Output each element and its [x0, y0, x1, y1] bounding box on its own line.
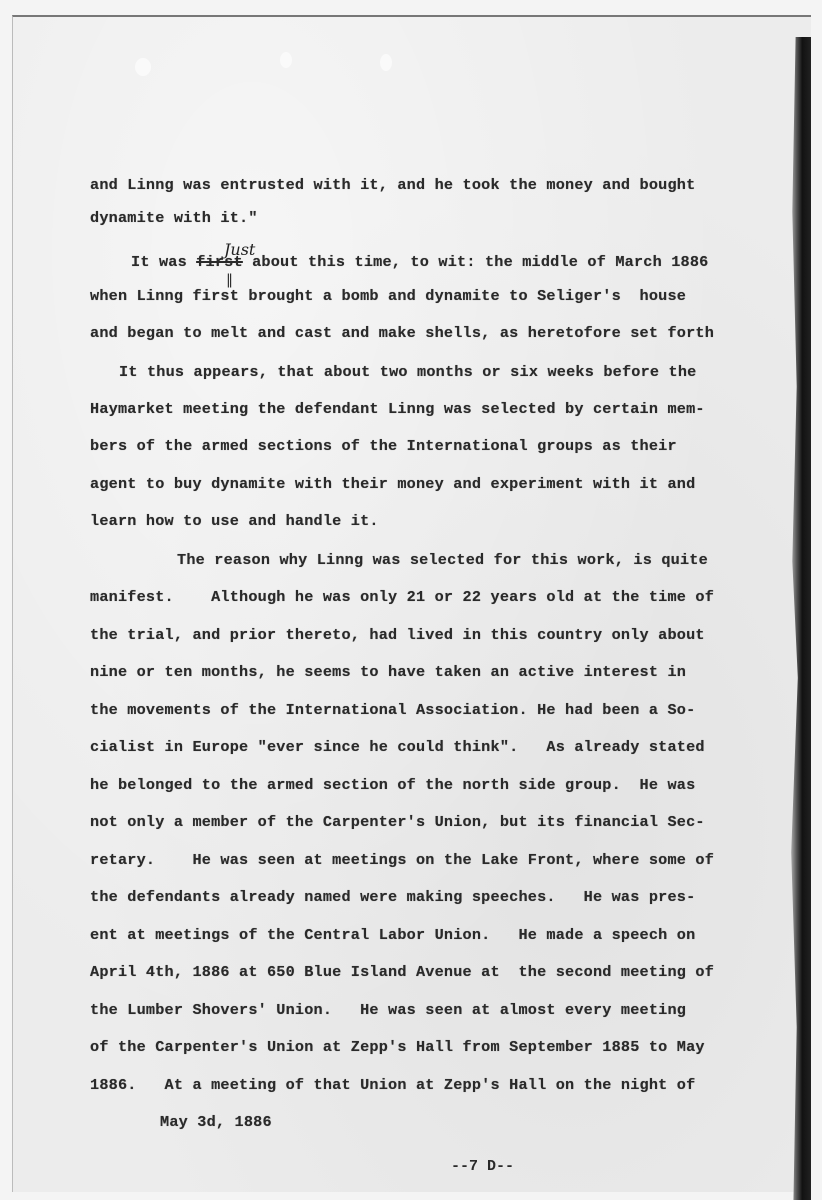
line-text: It was — [131, 253, 196, 271]
typed-line: April 4th, 1886 at 650 Blue Island Avenu… — [90, 963, 714, 981]
typed-line: nine or ten months, he seems to have tak… — [90, 663, 686, 681]
handwritten-insertion: Just — [224, 240, 255, 259]
typed-line: he belonged to the armed section of the … — [90, 776, 695, 794]
typed-line: ent at meetings of the Central Labor Uni… — [90, 926, 695, 944]
typed-line: bers of the armed sections of the Intern… — [90, 437, 677, 455]
typed-line: 1886. At a meeting of that Union at Zepp… — [90, 1076, 695, 1094]
typed-line: manifest. Although he was only 21 or 22 … — [90, 588, 714, 606]
insertion-caret-mark: ‖ — [226, 272, 233, 288]
punch-hole — [135, 58, 151, 76]
typed-line: and Linng was entrusted with it, and he … — [90, 176, 695, 194]
typed-line: agent to buy dynamite with their money a… — [90, 475, 695, 493]
typed-line: It thus appears, that about two months o… — [119, 363, 696, 381]
typed-line: cialist in Europe "ever since he could t… — [90, 738, 705, 756]
typed-line: learn how to use and handle it. — [90, 512, 379, 530]
line-text: about this time, to wit: the middle of M… — [243, 253, 709, 271]
punch-hole — [280, 52, 292, 68]
typed-line: not only a member of the Carpenter's Uni… — [90, 813, 705, 831]
typed-line: dynamite with it." — [90, 209, 258, 227]
typed-line: May 3d, 1886 — [160, 1113, 272, 1131]
typed-line: the Lumber Shovers' Union. He was seen a… — [90, 1001, 686, 1019]
typed-line: when Linng first brought a bomb and dyna… — [90, 287, 686, 305]
torn-page-edge — [789, 37, 811, 1200]
typed-line: The reason why Linng was selected for th… — [177, 551, 708, 569]
typed-line: of the Carpenter's Union at Zepp's Hall … — [90, 1038, 705, 1056]
typed-line: Haymarket meeting the defendant Linng wa… — [90, 400, 705, 418]
typed-line: the movements of the International Assoc… — [90, 701, 695, 719]
typed-line: and began to melt and cast and make shel… — [90, 324, 714, 342]
typed-line: It was first about this time, to wit: th… — [131, 253, 708, 271]
punch-hole — [380, 54, 392, 71]
page-number: --7 D-- — [451, 1158, 514, 1175]
typed-line: retary. He was seen at meetings on the L… — [90, 851, 714, 869]
typed-line: the defendants already named were making… — [90, 888, 695, 906]
typed-line: the trial, and prior thereto, had lived … — [90, 626, 705, 644]
